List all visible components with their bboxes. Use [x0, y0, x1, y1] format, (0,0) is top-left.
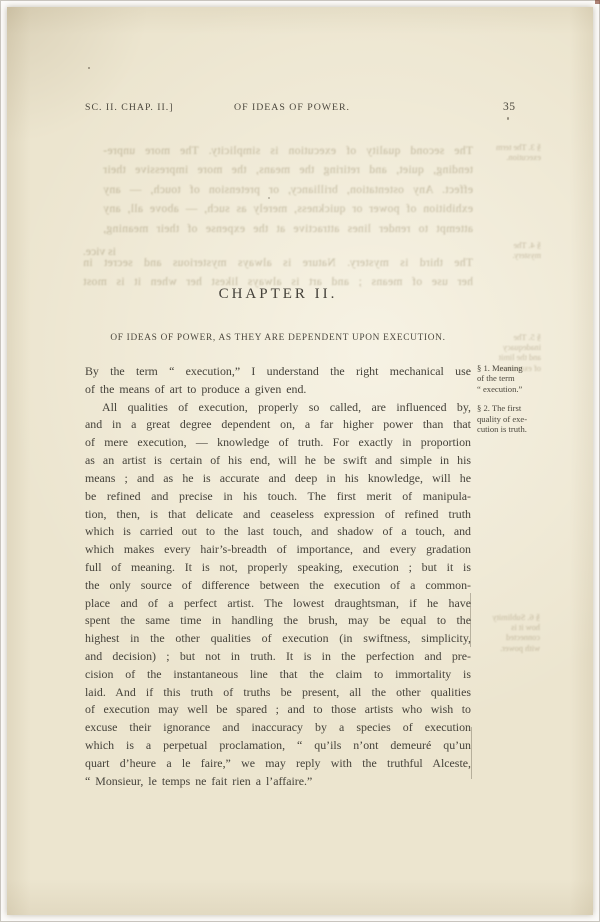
body-line: By the term “ execution,” I understand t…: [85, 363, 471, 381]
body-line: be refined and precise in his touch. The…: [85, 488, 471, 506]
ghost-line: The second quality of execution is simpl…: [103, 141, 473, 160]
page-number: 35: [503, 101, 516, 113]
body-line: cision of the instantaneous line that th…: [85, 666, 471, 684]
ink-speck: [268, 197, 270, 199]
body-line: highest in the other qualities of execut…: [85, 630, 471, 648]
body-line: tion, then, is that delicate and ceasele…: [85, 506, 471, 524]
body-line: “ Monsieur, le temps ne fait rien a l’af…: [85, 773, 471, 791]
body-text: By the term “ execution,” I understand t…: [85, 363, 471, 791]
margin-note-1: § 1. Meaning of the term “ execution.”: [477, 363, 547, 394]
body-line: the only source of difference between th…: [85, 577, 471, 595]
ghost-line: exhibition of power or quickness, merely…: [103, 199, 473, 218]
body-line: excuse their ignorance and inaccuracy by…: [85, 719, 471, 737]
body-line: means ; and as he is accurate and deep i…: [85, 470, 471, 488]
scan-artifact-line: [471, 727, 472, 779]
ghost-margin-note: § 3. The term execution.: [479, 143, 541, 163]
ghost-line: The third is mystery. Nature is always m…: [83, 253, 473, 272]
body-line: which is a perpetual proclamation, “ qu’…: [85, 737, 471, 755]
body-line: of execution may well be spared ; and to…: [85, 701, 471, 719]
ink-speck: [507, 117, 509, 120]
body-line: as an artist is certain of his end, will…: [85, 452, 471, 470]
body-line: full of meaning. It is not, properly spe…: [85, 559, 471, 577]
ghost-line: effect. Any ostentation, brilliancy, or …: [103, 180, 473, 199]
chapter-subtitle: OF IDEAS OF POWER, AS THEY ARE DEPENDENT…: [67, 333, 489, 343]
body-line: which is carried out to the last touch, …: [85, 523, 471, 541]
page-paper: The second quality of execution is simpl…: [7, 7, 593, 915]
body-line: and in a great degree dependent on, a fa…: [85, 416, 471, 434]
margin-notes: § 1. Meaning of the term “ execution.” §…: [477, 363, 547, 443]
margin-note-2: § 2. The first quality of exe- cution is…: [477, 403, 547, 434]
body-line: place and of a perfect artist. The lowes…: [85, 595, 471, 613]
body-line: quart d’heure a le faire,” we may reply …: [85, 755, 471, 773]
ghost-margin-note: § 4. The mystery.: [479, 241, 541, 261]
body-line: of mere execution, — knowledge of truth.…: [85, 434, 471, 452]
body-line: which makes every hair’s-breadth of impo…: [85, 541, 471, 559]
scan-artifact-line: [470, 593, 471, 647]
body-line: and decision) ; but not in truth. It is …: [85, 648, 471, 666]
body-line: All qualities of execution, properly so …: [85, 399, 471, 417]
ghost-line-fragment: is vice.: [83, 245, 116, 258]
running-head-title: OF IDEAS OF POWER.: [157, 102, 427, 113]
ghost-margin-note: § 6. Sublimity how it is connected with …: [478, 613, 540, 654]
body-line: laid. And if this truth of truths be pre…: [85, 684, 471, 702]
ghost-line: attempt to render lines attractive at th…: [103, 219, 473, 238]
scanned-book-page: The second quality of execution is simpl…: [0, 0, 600, 922]
ghost-bleedthrough-paragraph: The second quality of execution is simpl…: [103, 141, 473, 238]
ghost-line: tending, quiet, and retiring the means, …: [103, 160, 473, 179]
running-head: SC. II. CHAP. II.] OF IDEAS OF POWER. 35: [7, 102, 593, 116]
body-line: of the means of art to produce a given e…: [85, 381, 471, 399]
chapter-title: CHAPTER II.: [85, 286, 471, 303]
body-line: spent the same time in handling the brus…: [85, 612, 471, 630]
scan-corner-mark: [595, 0, 600, 4]
ink-speck: [88, 67, 90, 69]
